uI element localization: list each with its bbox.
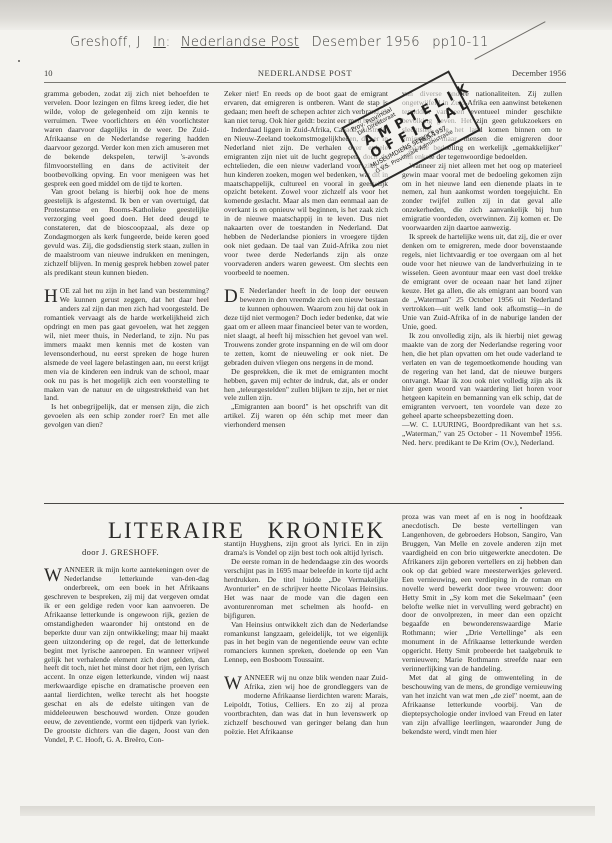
scan-speck [540, 430, 542, 432]
page-header: 10 NEDERLANDSE POST December 1956 [44, 68, 566, 83]
scan-speck [18, 60, 20, 62]
paragraph: Is het onbegrijpelijk, dat er mensen zij… [44, 403, 209, 430]
scan-edge-bottom [20, 806, 595, 816]
issue-date: December 1956 [512, 68, 566, 78]
paragraph-dropcap: DE Nederlander heeft in de loop der eeuw… [224, 287, 388, 368]
paragraph: Met dat al ging de omwenteling in de bes… [402, 674, 562, 737]
paragraph: „Emigranten aan boord" is het opschrift … [224, 403, 388, 430]
paragraph: Wanneer zij niet alleen met het oog op m… [402, 162, 562, 234]
paragraph: stantijn Huyghens, zijn groot als lyrici… [224, 540, 388, 558]
article-column-1: gramma geboden, zodat zij zich niet beho… [44, 90, 209, 430]
paragraph: De eerste roman in de hedendaagse zin de… [224, 558, 388, 621]
paragraph: Van Heinsius ontwikkelt zich dan de Nede… [224, 621, 388, 666]
paragraph-dropcap: WANNEER wij nu onze blik wenden naar Zui… [224, 674, 388, 737]
paragraph: proza was van meet af en is nog in hoofd… [402, 513, 562, 674]
citation-in-label: In [153, 35, 166, 50]
section-divider [44, 503, 564, 504]
paragraph: Ik zou onvolledig zijn, als ik hierbij n… [402, 332, 562, 422]
handwritten-citation: Greshoff, J In: Nederlandse Post Desembe… [70, 35, 610, 50]
paragraph-dropcap: HOE zal het nu zijn in het land van best… [44, 287, 209, 403]
drop-cap: W [224, 675, 242, 692]
kroniek-column-2: stantijn Huyghens, zijn groot als lyrici… [224, 540, 388, 737]
drop-cap: W [44, 567, 62, 584]
scan-speck [520, 507, 522, 509]
kroniek-column-3: proza was van meet af en is nog in hoofd… [402, 513, 562, 737]
scan-edge-top [0, 0, 612, 30]
paragraph: Van groot belang is hierbij ook hoe de m… [44, 188, 209, 278]
paragraph-dropcap: WANNEER ik mijn korte aantekeningen over… [44, 566, 209, 745]
citation-pages: pp10-11 [432, 35, 488, 50]
kroniek-column-1: WANNEER ik mijn korte aantekeningen over… [44, 566, 209, 745]
paragraph: gramma geboden, zodat zij zich niet beho… [44, 90, 209, 188]
author-signature: —W. C. LUURING, Boordpredikant van het s… [402, 421, 562, 448]
citation-publication: Nederlandse Post [181, 35, 299, 50]
drop-cap: D [224, 288, 238, 305]
citation-author: Greshoff, J [70, 35, 141, 50]
drop-cap: H [44, 288, 58, 305]
masthead-title: NEDERLANDSE POST [44, 68, 566, 78]
citation-date: Desember 1956 [312, 35, 420, 50]
paragraph: Ik spreek de hartelijke wens uit, dat zi… [402, 233, 562, 331]
paragraph: De gesprekken, die ik met de emigranten … [224, 368, 388, 404]
byline: door J. GRESHOFF. [82, 547, 159, 557]
